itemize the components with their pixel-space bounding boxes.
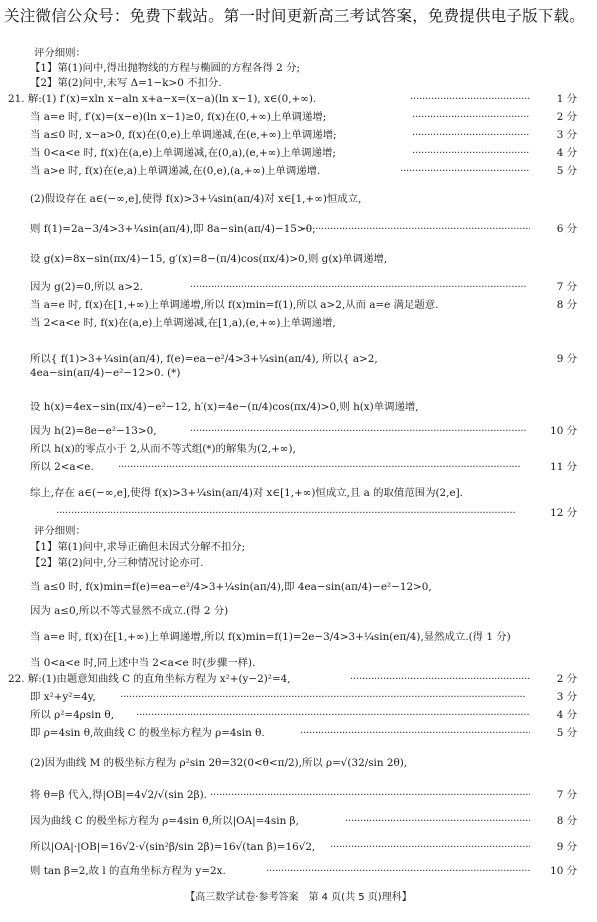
solution-line: 所以{ f(1)>3+¼sin(aπ/4), f(e)=ea−e²/4>3+¼s… (0, 350, 597, 380)
banner-text: 关注微信公众号：免费下载站。第一时间更新高三考试答案，免费提供电子版下载。 (4, 4, 585, 26)
page-footer: 【高三数学试卷·参考答案 第 4 页(共 5 页)理科】 (0, 888, 597, 903)
score-label: 1 分 (557, 92, 577, 106)
